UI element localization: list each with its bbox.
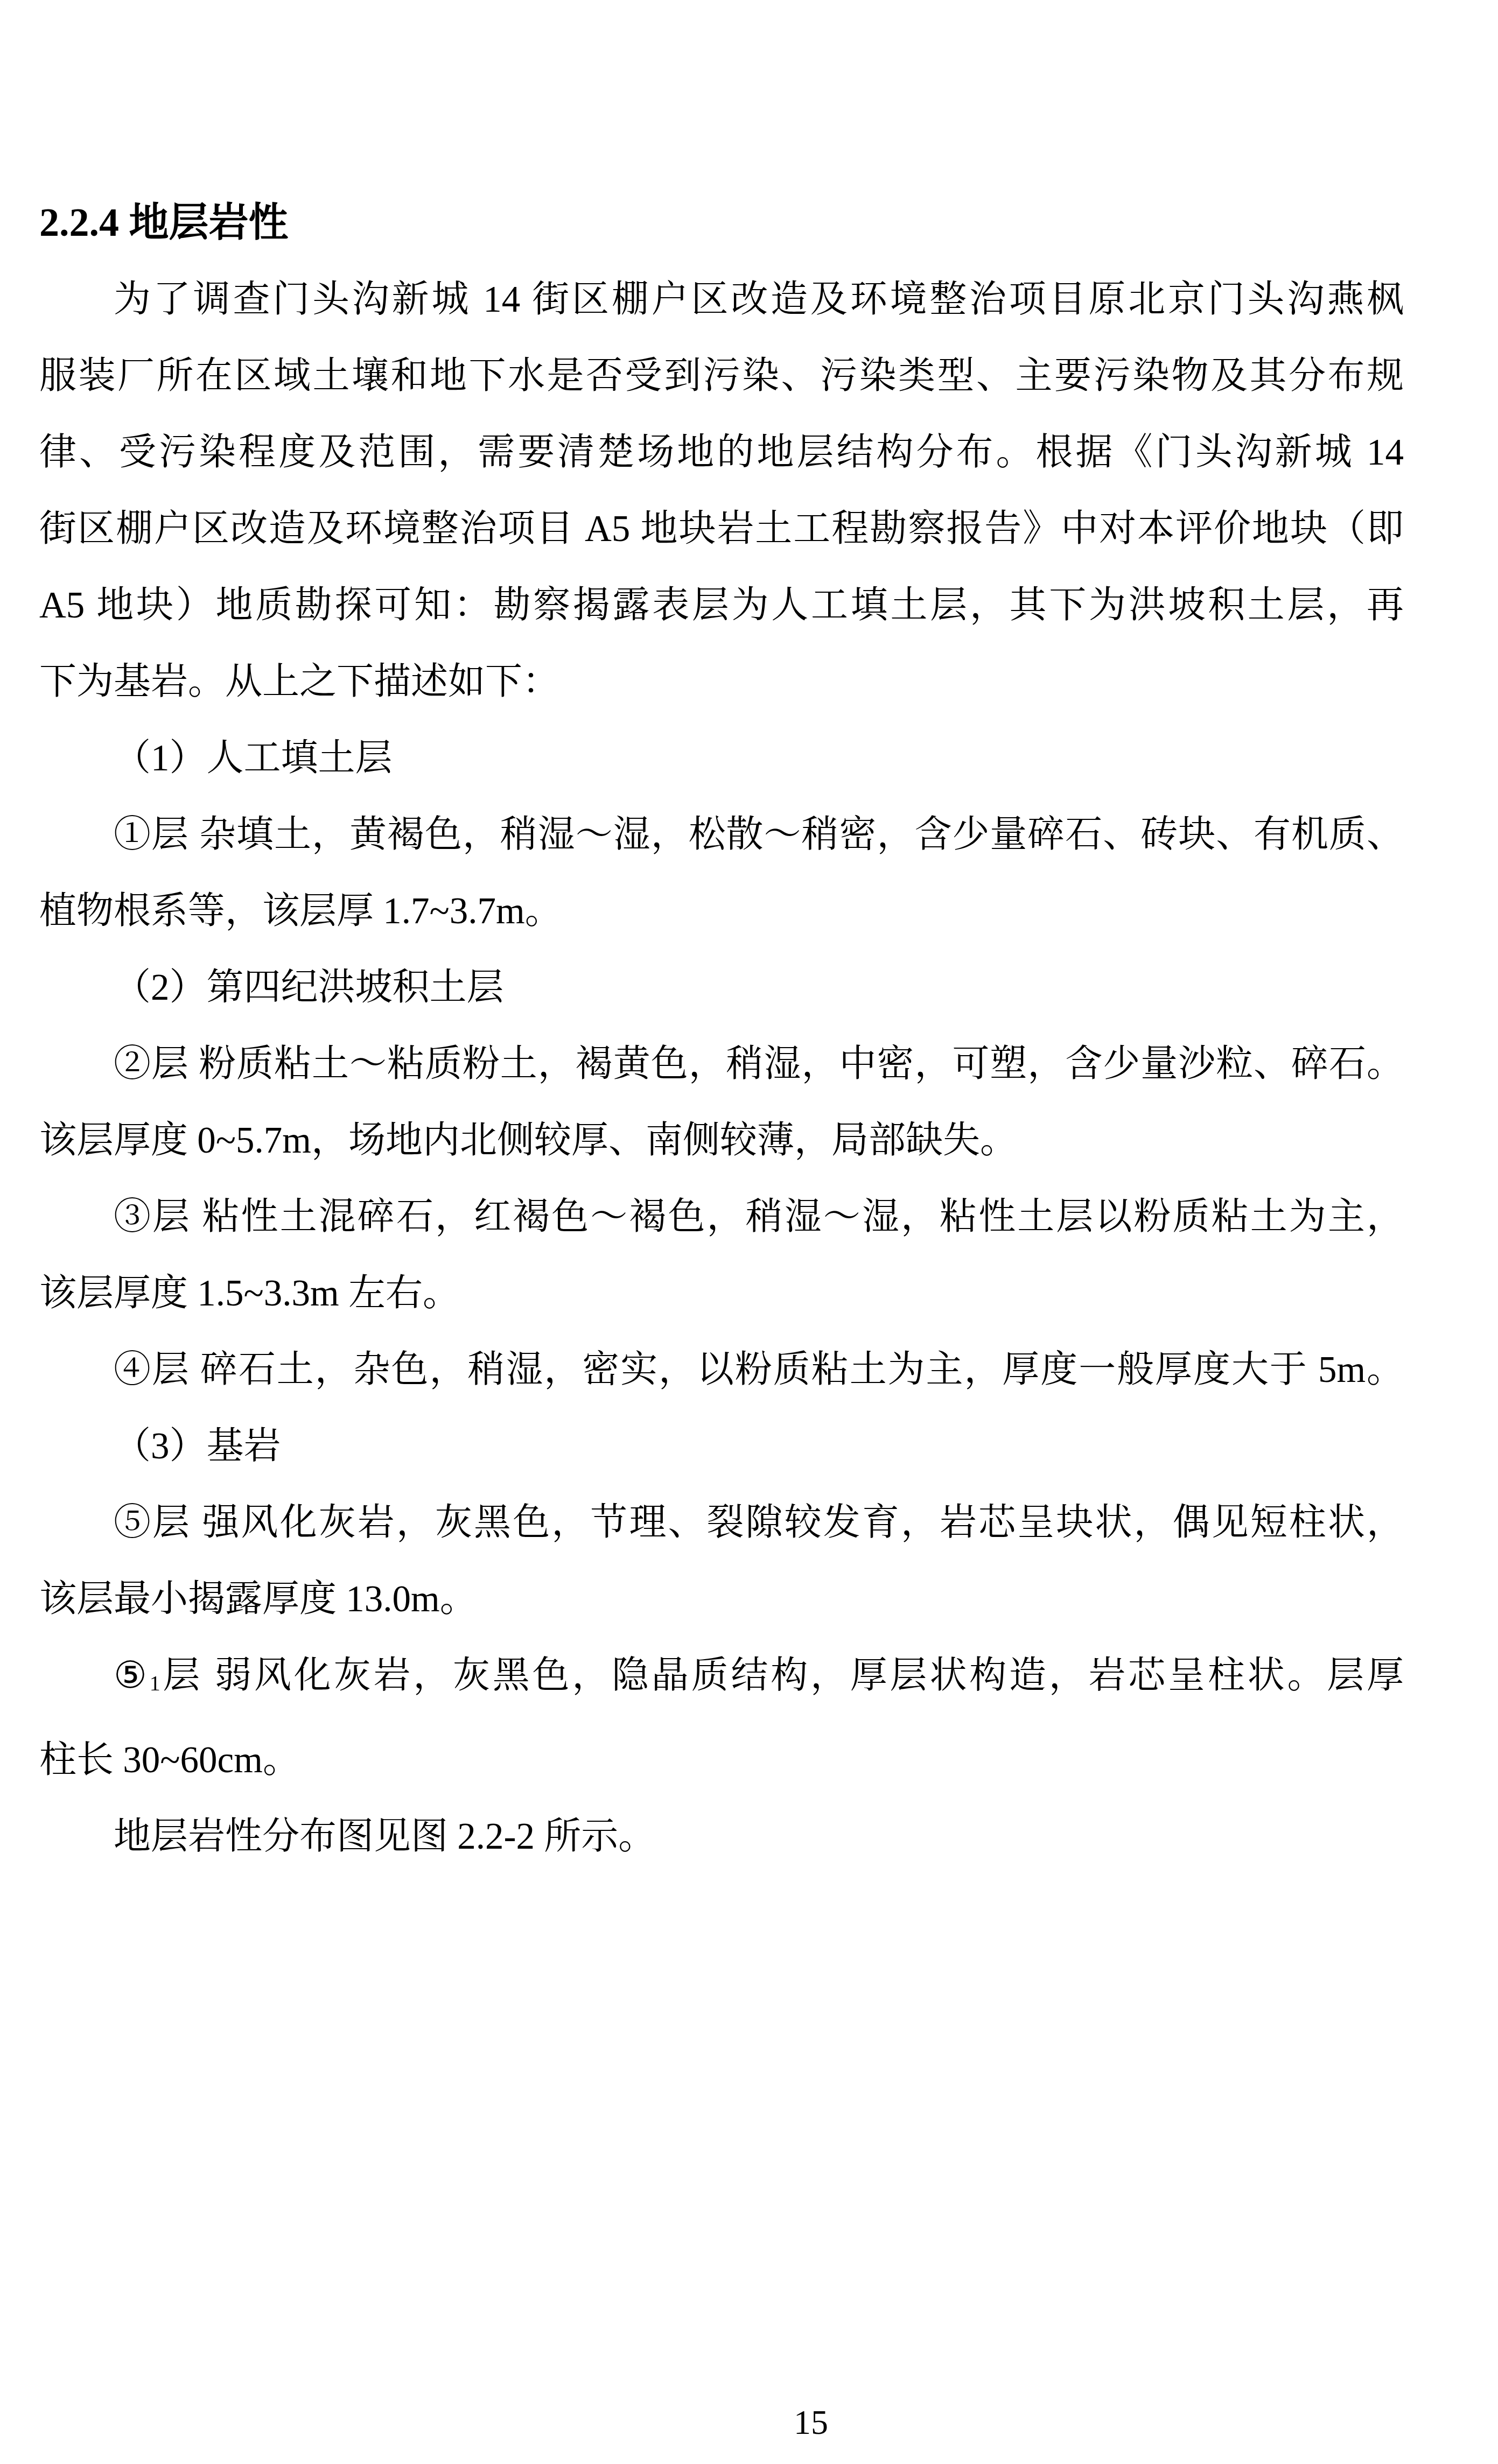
text-line: 下为基岩。从上之下描述如下： xyxy=(39,643,1404,720)
page-number: 15 xyxy=(772,2398,850,2447)
text-line: 律、受污染程度及范围，需要清楚场地的地层结构分布。根据《门头沟新城 14 xyxy=(39,414,1404,490)
text-line: ①层 杂填土，黄褐色，稍湿～湿，松散～稍密，含少量碎石、砖块、有机质、 xyxy=(39,796,1404,873)
text-segment: 该层厚度 0~5.7m，场地内北侧较厚、南侧较薄，局部缺失。 xyxy=(39,1120,1017,1161)
text-line: （3）基岩 xyxy=(39,1408,1404,1484)
text-segment: 地层岩性分布图见图 2.2-2 所示。 xyxy=(114,1816,655,1857)
text-segment: 层 弱风化灰岩，灰黑色，隐晶质结构，厚层状构造，岩芯呈柱状。层厚 xyxy=(160,1655,1404,1696)
document-body: 2.2.4 地层岩性 为了调查门头沟新城 14 街区棚户区改造及环境整治项目原北… xyxy=(39,185,1404,1875)
text-segment: 该层厚度 1.5~3.3m 左右。 xyxy=(39,1273,460,1314)
text-segment: （1）人工填土层 xyxy=(114,738,393,778)
text-segment: 街区棚户区改造及环境整治项目 A5 地块岩土工程勘察报告》中对本评价地块（即 xyxy=(39,508,1404,549)
text-segment: 下为基岩。从上之下描述如下： xyxy=(39,661,559,702)
text-line: A5 地块）地质勘探可知：勘察揭露表层为人工填土层，其下为洪坡积土层，再 xyxy=(39,567,1404,643)
text-line: 地层岩性分布图见图 2.2-2 所示。 xyxy=(39,1798,1404,1875)
text-segment: ①层 杂填土，黄褐色，稍湿～湿，松散～稍密，含少量碎石、砖块、有机质、 xyxy=(114,814,1404,855)
text-line: ④层 碎石土，杂色，稍湿，密实，以粉质粘土为主，厚度一般厚度大于 5m。 xyxy=(39,1331,1404,1408)
text-line: ⑤1层 弱风化灰岩，灰黑色，隐晶质结构，厚层状构造，岩芯呈柱状。层厚 xyxy=(39,1637,1404,1722)
text-segment: （2）第四纪洪坡积土层 xyxy=(114,967,504,1008)
text-line: （2）第四纪洪坡积土层 xyxy=(39,949,1404,1026)
text-line: 植物根系等，该层厚 1.7~3.7m。 xyxy=(39,873,1404,949)
text-line: （1）人工填土层 xyxy=(39,720,1404,796)
text-line: ⑤层 强风化灰岩，灰黑色，节理、裂隙较发育，岩芯呈块状，偶见短柱状， xyxy=(39,1484,1404,1561)
text-segment: 该层最小揭露厚度 13.0m。 xyxy=(39,1578,477,1619)
text-segment: 植物根系等，该层厚 1.7~3.7m。 xyxy=(39,890,562,931)
paragraph-lines: 为了调查门头沟新城 14 街区棚户区改造及环境整治项目原北京门头沟燕枫服装厂所在… xyxy=(39,261,1404,1875)
section-heading: 2.2.4 地层岩性 xyxy=(39,185,1404,261)
text-segment: 律、受污染程度及范围，需要清楚场地的地层结构分布。根据《门头沟新城 14 xyxy=(39,432,1404,473)
text-segment: 服装厂所在区域土壤和地下水是否受到污染、污染类型、主要污染物及其分布规 xyxy=(39,355,1404,396)
text-segment: ④层 碎石土，杂色，稍湿，密实，以粉质粘土为主，厚度一般厚度大于 5m。 xyxy=(114,1349,1404,1390)
text-line: 街区棚户区改造及环境整治项目 A5 地块岩土工程勘察报告》中对本评价地块（即 xyxy=(39,490,1404,567)
document-page: 2.2.4 地层岩性 为了调查门头沟新城 14 街区棚户区改造及环境整治项目原北… xyxy=(0,0,1498,2464)
text-line: 柱长 30~60cm。 xyxy=(39,1722,1404,1798)
text-segment: ⑤ xyxy=(114,1655,150,1696)
layer-subscript: 1 xyxy=(150,1671,160,1695)
text-line: 该层厚度 0~5.7m，场地内北侧较厚、南侧较薄，局部缺失。 xyxy=(39,1102,1404,1178)
text-line: 该层厚度 1.5~3.3m 左右。 xyxy=(39,1255,1404,1331)
text-segment: （3）基岩 xyxy=(114,1426,281,1466)
text-line: ③层 粘性土混碎石，红褐色～褐色，稍湿～湿，粘性土层以粉质粘土为主， xyxy=(39,1178,1404,1255)
text-segment: 为了调查门头沟新城 14 街区棚户区改造及环境整治项目原北京门头沟燕枫 xyxy=(114,279,1404,320)
text-line: 服装厂所在区域土壤和地下水是否受到污染、污染类型、主要污染物及其分布规 xyxy=(39,338,1404,414)
text-line: 该层最小揭露厚度 13.0m。 xyxy=(39,1561,1404,1637)
text-segment: ⑤层 强风化灰岩，灰黑色，节理、裂隙较发育，岩芯呈块状，偶见短柱状， xyxy=(114,1502,1404,1543)
text-segment: ③层 粘性土混碎石，红褐色～褐色，稍湿～湿，粘性土层以粉质粘土为主， xyxy=(114,1196,1404,1237)
text-line: ②层 粉质粘土～粘质粉土，褐黄色，稍湿，中密，可塑，含少量沙粒、碎石。 xyxy=(39,1026,1404,1102)
text-line: 为了调查门头沟新城 14 街区棚户区改造及环境整治项目原北京门头沟燕枫 xyxy=(39,261,1404,338)
text-segment: ②层 粉质粘土～粘质粉土，褐黄色，稍湿，中密，可塑，含少量沙粒、碎石。 xyxy=(114,1043,1404,1084)
text-segment: A5 地块）地质勘探可知：勘察揭露表层为人工填土层，其下为洪坡积土层，再 xyxy=(39,585,1404,626)
text-segment: 柱长 30~60cm。 xyxy=(39,1739,300,1780)
